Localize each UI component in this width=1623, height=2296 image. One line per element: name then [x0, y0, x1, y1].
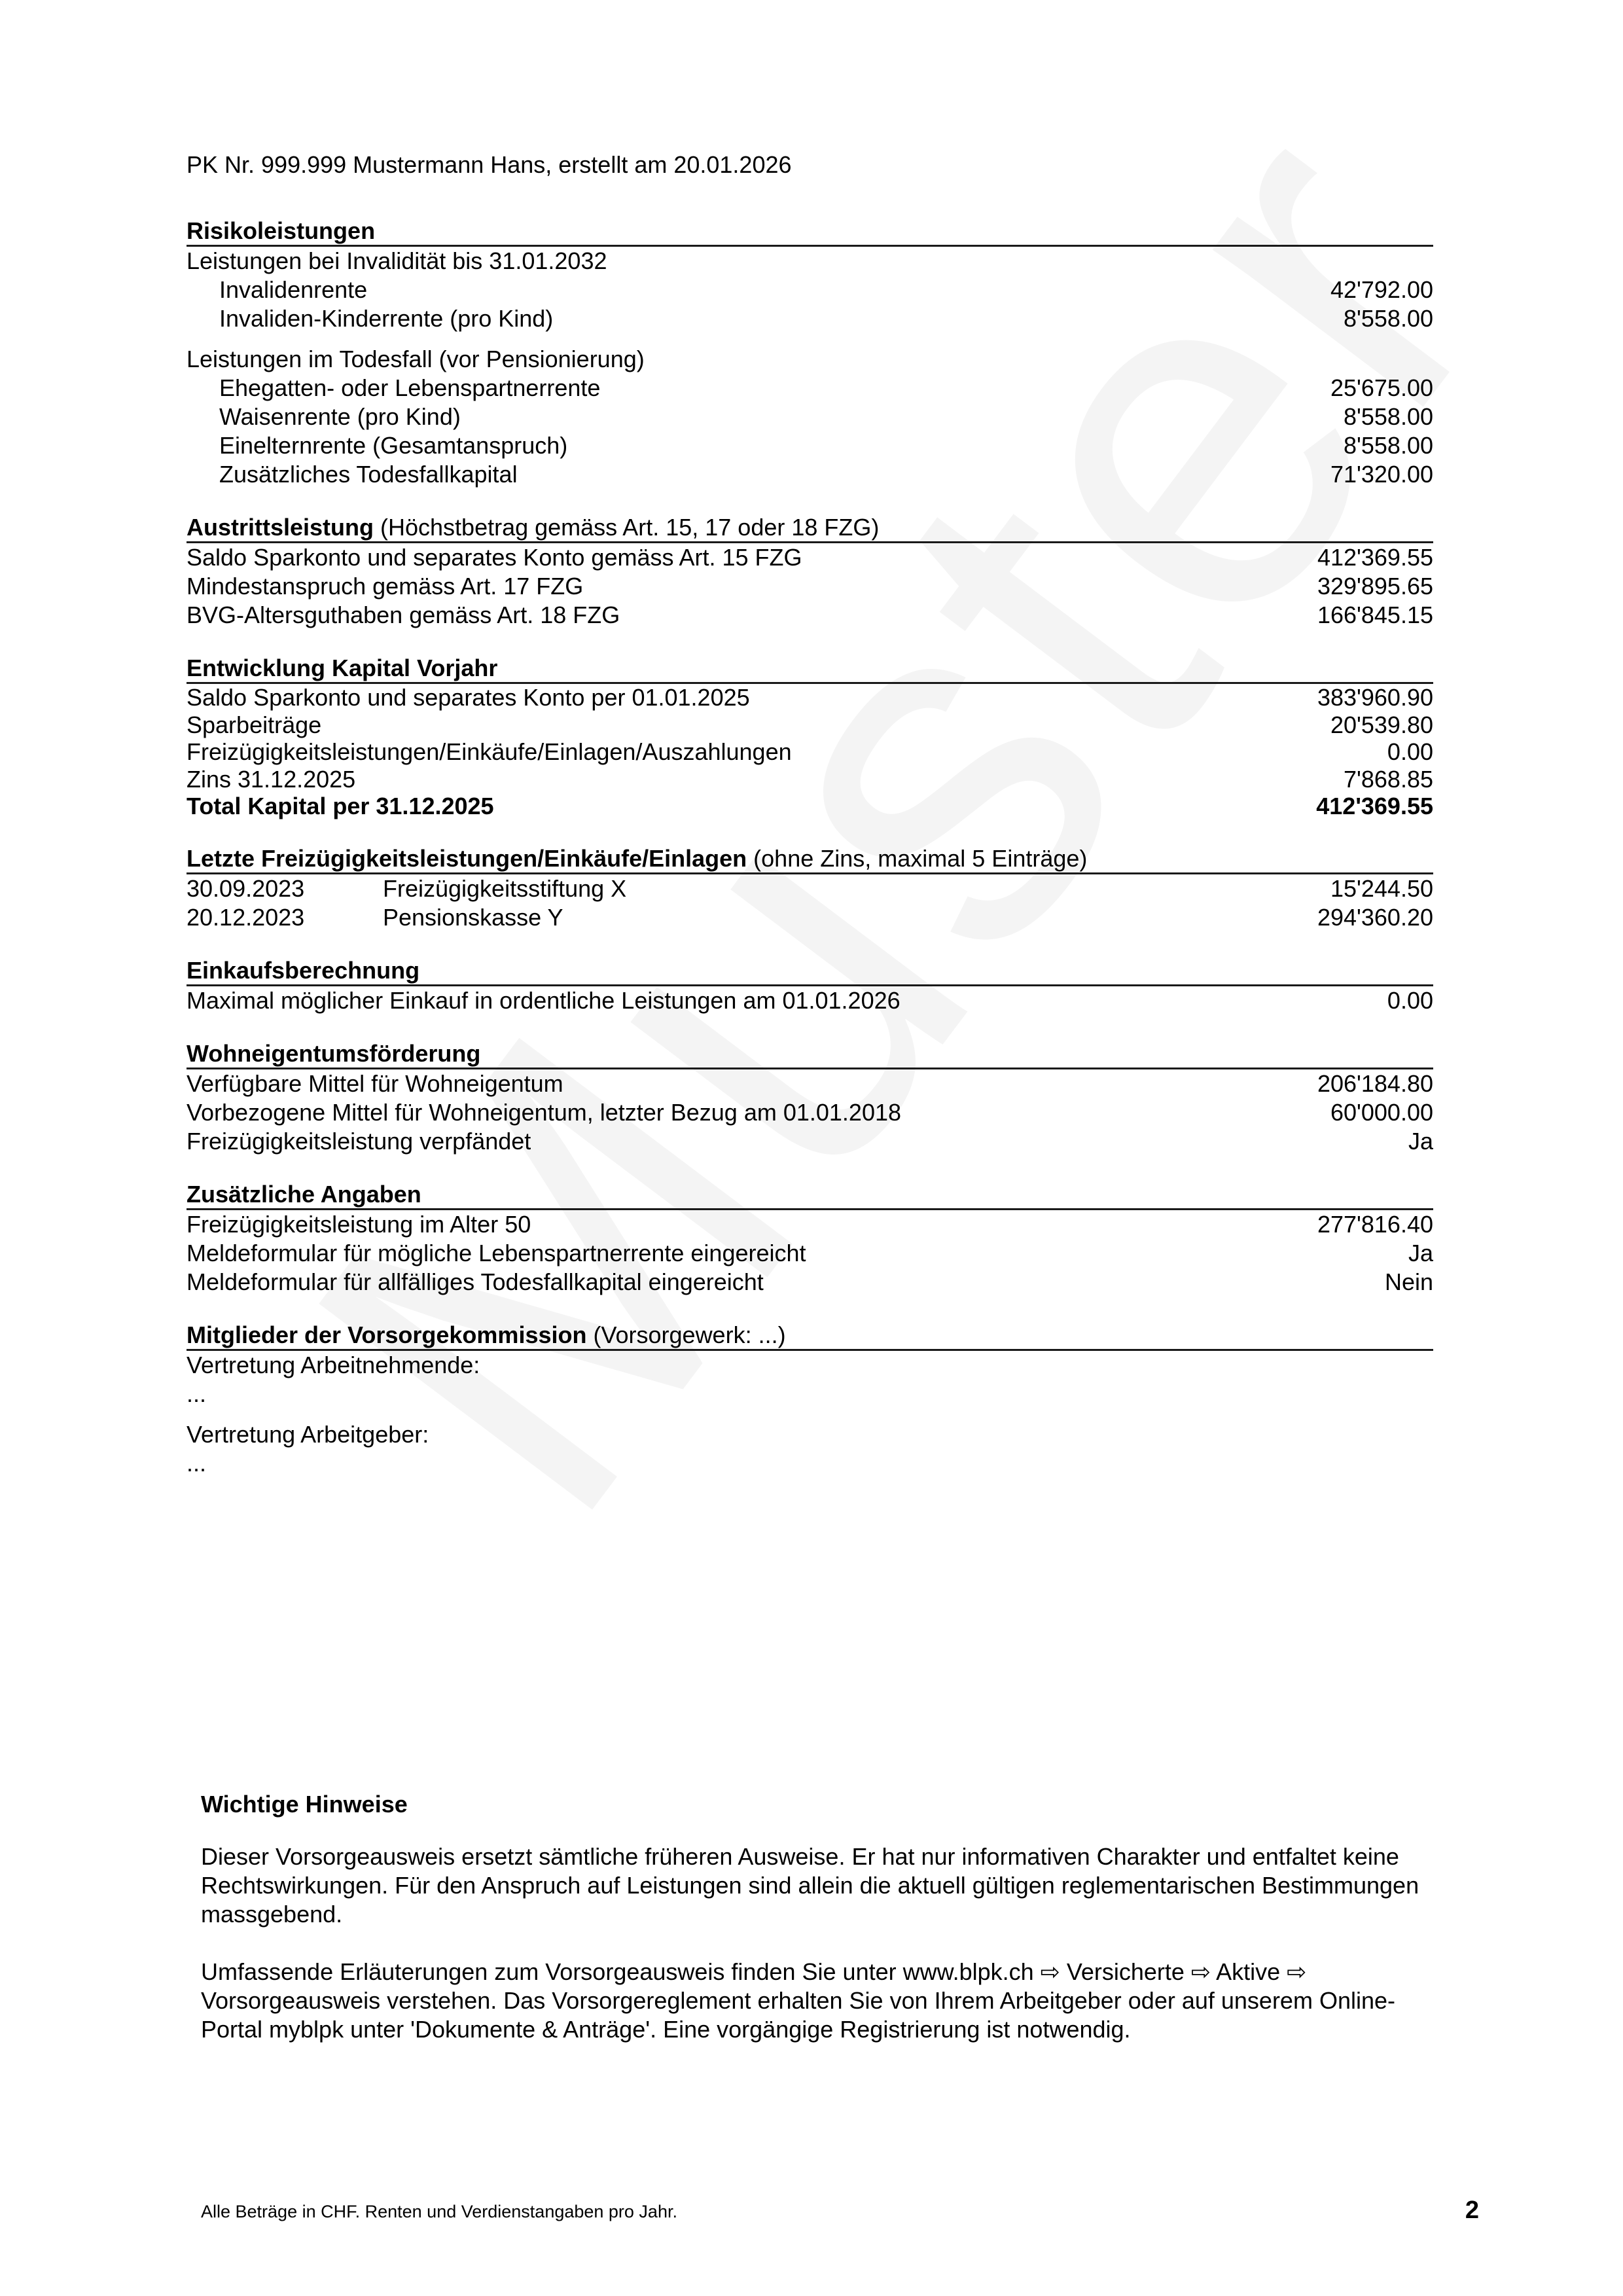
- section-title: Risikoleistungen: [187, 217, 1433, 247]
- arbeitgeber-label: Vertretung Arbeitgeber:: [187, 1420, 1433, 1449]
- section-title: Austrittsleistung (Höchstbetrag gemäss A…: [187, 514, 1433, 543]
- total-row: Total Kapital per 31.12.2025412'369.55: [187, 793, 1433, 820]
- section-letzte-einlagen: Letzte Freizügigkeitsleistungen/Einkäufe…: [187, 845, 1433, 932]
- section-austrittsleistung: Austrittsleistung (Höchstbetrag gemäss A…: [187, 514, 1433, 630]
- table-row: Freizügigkeitsleistung verpfändetJa: [187, 1127, 1433, 1156]
- section-title: Wohneigentumsförderung: [187, 1040, 1433, 1069]
- table-row: BVG-Altersguthaben gemäss Art. 18 FZG166…: [187, 601, 1433, 630]
- table-row: Freizügigkeitsleistung im Alter 50277'81…: [187, 1210, 1433, 1239]
- table-row: Saldo Sparkonto und separates Konto gemä…: [187, 543, 1433, 572]
- table-row: Invaliden-Kinderrente (pro Kind)8'558.00: [187, 304, 1433, 333]
- section-title: Zusätzliche Angaben: [187, 1181, 1433, 1210]
- section-title: Entwicklung Kapital Vorjahr: [187, 655, 1433, 684]
- section-title: Mitglieder der Vorsorgekommission (Vorso…: [187, 1321, 1433, 1351]
- table-row: Saldo Sparkonto und separates Konto per …: [187, 684, 1433, 711]
- subheading-invaliditaet: Leistungen bei Invalidität bis 31.01.203…: [187, 247, 607, 276]
- arbeitgeber-value: ...: [187, 1449, 1433, 1478]
- section-vorsorgekommission: Mitglieder der Vorsorgekommission (Vorso…: [187, 1321, 1433, 1478]
- subheading-todesfall: Leistungen im Todesfall (vor Pensionieru…: [187, 345, 645, 374]
- section-entwicklung-kapital: Entwicklung Kapital Vorjahr Saldo Sparko…: [187, 655, 1433, 820]
- table-row: Maximal möglicher Einkauf in ordentliche…: [187, 986, 1433, 1015]
- table-row: Mindestanspruch gemäss Art. 17 FZG329'89…: [187, 572, 1433, 601]
- footer-note: Alle Beträge in CHF. Renten und Verdiens…: [201, 2200, 677, 2223]
- table-row: Sparbeiträge20'539.80: [187, 711, 1433, 739]
- section-risikoleistungen: Risikoleistungen Leistungen bei Invalidi…: [187, 217, 1433, 489]
- section-wohneigentum: Wohneigentumsförderung Verfügbare Mittel…: [187, 1040, 1433, 1156]
- table-row: 30.09.2023Freizügigkeitsstiftung X15'244…: [187, 874, 1433, 903]
- table-row: Meldeformular für allfälliges Todesfallk…: [187, 1268, 1433, 1297]
- table-row: Invalidenrente42'792.00: [187, 276, 1433, 304]
- table-row: Freizügigkeitsleistungen/Einkäufe/Einlag…: [187, 738, 1433, 766]
- section-title: Letzte Freizügigkeitsleistungen/Einkäufe…: [187, 845, 1433, 874]
- table-row: Ehegatten- oder Lebenspartnerrente25'675…: [187, 374, 1433, 403]
- section-title: Einkaufsberechnung: [187, 957, 1433, 986]
- table-row: Meldeformular für mögliche Lebenspartner…: [187, 1239, 1433, 1268]
- document-header: PK Nr. 999.999 Mustermann Hans, erstellt…: [187, 151, 1433, 179]
- arbeitnehmende-value: ...: [187, 1380, 1433, 1408]
- table-row: Waisenrente (pro Kind)8'558.00: [187, 403, 1433, 431]
- page-number: 2: [1465, 2197, 1479, 2225]
- section-zusaetzliche-angaben: Zusätzliche Angaben Freizügigkeitsleistu…: [187, 1181, 1433, 1297]
- table-row: Verfügbare Mittel für Wohneigentum206'18…: [187, 1069, 1433, 1098]
- table-row: Einelternrente (Gesamtanspruch)8'558.00: [187, 431, 1433, 460]
- arbeitnehmende-label: Vertretung Arbeitnehmende:: [187, 1351, 1433, 1380]
- document-page: PK Nr. 999.999 Mustermann Hans, erstellt…: [187, 151, 1433, 1503]
- section-einkaufsberechnung: Einkaufsberechnung Maximal möglicher Ein…: [187, 957, 1433, 1015]
- notes-paragraph-2: Umfassende Erläuterungen zum Vorsorgeaus…: [201, 1958, 1444, 2044]
- table-row: Zusätzliches Todesfallkapital71'320.00: [187, 460, 1433, 489]
- table-row: Vorbezogene Mittel für Wohneigentum, let…: [187, 1098, 1433, 1127]
- important-notes: Wichtige Hinweise Dieser Vorsorgeausweis…: [201, 1790, 1444, 2073]
- notes-title: Wichtige Hinweise: [201, 1790, 1444, 1819]
- table-row: 20.12.2023Pensionskasse Y294'360.20: [187, 903, 1433, 932]
- table-row: Zins 31.12.20257'868.85: [187, 766, 1433, 793]
- notes-paragraph-1: Dieser Vorsorgeausweis ersetzt sämtliche…: [201, 1842, 1444, 1929]
